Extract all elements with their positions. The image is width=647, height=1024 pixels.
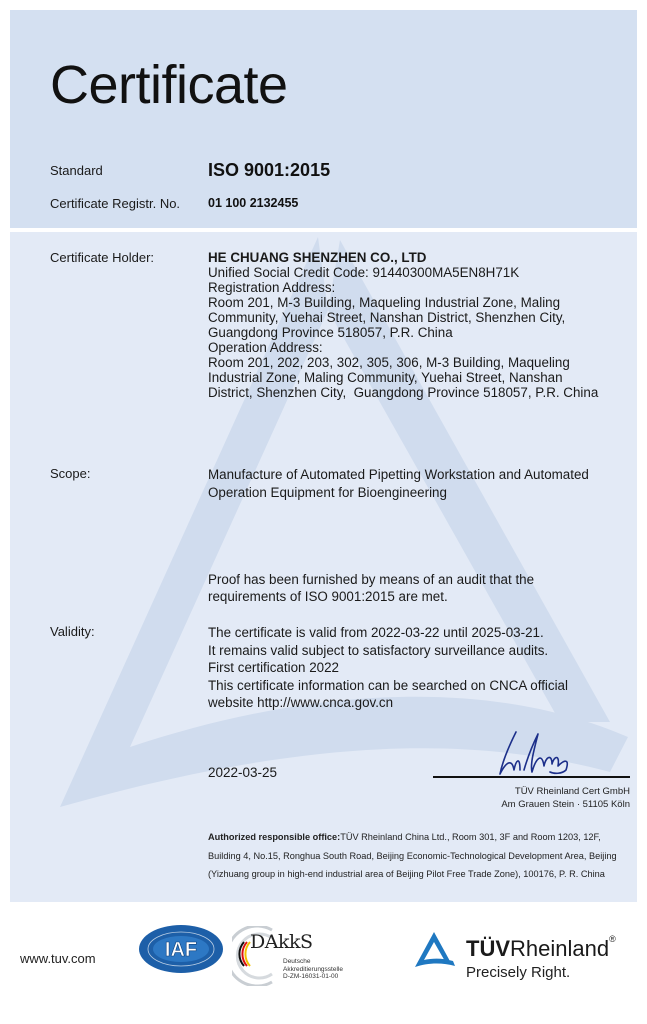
certificate-title: Certificate (50, 58, 288, 112)
standard-value: ISO 9001:2015 (208, 160, 330, 181)
validity-line: website http://www.cnca.gov.cn (208, 694, 568, 712)
dakks-caption-line: Akkreditierungsstelle (283, 966, 343, 974)
dakks-caption: Deutsche Akkreditierungsstelle D-ZM-1603… (283, 958, 343, 981)
holder-company: HE CHUANG SHENZHEN CO., LTD (208, 250, 598, 265)
tuv-brand-rest: Rheinland (510, 936, 609, 961)
iaf-logo-icon: IAF (138, 924, 224, 974)
scope-label: Scope: (50, 466, 90, 481)
validity-line: This certificate information can be sear… (208, 677, 568, 695)
dakks-name: DAkkS (250, 931, 313, 953)
tuv-triangle-logo-icon (413, 930, 457, 970)
dakks-caption-line: Deutsche (283, 958, 343, 966)
tuv-tagline: Precisely Right. (466, 964, 570, 981)
issuer-name: TÜV Rheinland Cert GmbH (515, 786, 630, 797)
scope-line: Operation Equipment for Bioengineering (208, 484, 589, 502)
registr-label: Certificate Registr. No. (50, 196, 180, 211)
scope-block: Manufacture of Automated Pipetting Works… (208, 466, 589, 502)
registr-value: 01 100 2132455 (208, 196, 298, 210)
standard-label: Standard (50, 163, 103, 178)
validity-line: The certificate is valid from 2022-03-22… (208, 624, 568, 642)
issue-date: 2022-03-25 (208, 765, 277, 780)
holder-label: Certificate Holder: (50, 250, 154, 265)
registration-line: Community, Yuehai Street, Nanshan Distri… (208, 310, 598, 325)
validity-line: First certification 2022 (208, 659, 568, 677)
holder-credit-code: Unified Social Credit Code: 91440300MA5E… (208, 265, 598, 280)
signature-icon (494, 730, 584, 778)
dakks-caption-line: D-ZM-16031-01-00 (283, 973, 343, 981)
validity-line: It remains valid subject to satisfactory… (208, 642, 568, 660)
operation-line: Industrial Zone, Maling Community, Yueha… (208, 370, 598, 385)
office-label: Authorized responsible office: (208, 832, 340, 842)
authorized-office: Authorized responsible office:TÜV Rheinl… (208, 828, 633, 884)
holder-block: HE CHUANG SHENZHEN CO., LTD Unified Soci… (208, 250, 598, 400)
scope-line: Manufacture of Automated Pipetting Works… (208, 466, 589, 484)
proof-block: Proof has been furnished by means of an … (208, 571, 534, 605)
registration-line: Guangdong Province 518057, P.R. China (208, 325, 598, 340)
proof-line: requirements of ISO 9001:2015 are met. (208, 588, 534, 605)
registered-mark: ® (609, 934, 616, 944)
operation-line: District, Shenzhen City, Guangdong Provi… (208, 385, 598, 400)
registration-heading: Registration Address: (208, 280, 598, 295)
operation-heading: Operation Address: (208, 340, 598, 355)
validity-label: Validity: (50, 624, 95, 639)
validity-block: The certificate is valid from 2022-03-22… (208, 624, 568, 712)
svg-text:IAF: IAF (165, 939, 197, 961)
signature-line (433, 776, 630, 778)
tuv-brand-name: TÜVRheinland® (466, 936, 616, 962)
registration-line: Room 201, M-3 Building, Maqueling Indust… (208, 295, 598, 310)
tuv-brand-bold: TÜV (466, 936, 510, 961)
operation-line: Room 201, 202, 203, 302, 305, 306, M-3 B… (208, 355, 598, 370)
proof-line: Proof has been furnished by means of an … (208, 571, 534, 588)
tuv-website-link[interactable]: www.tuv.com (20, 951, 96, 966)
issuer-address: Am Grauen Stein · 51105 Köln (501, 799, 630, 810)
